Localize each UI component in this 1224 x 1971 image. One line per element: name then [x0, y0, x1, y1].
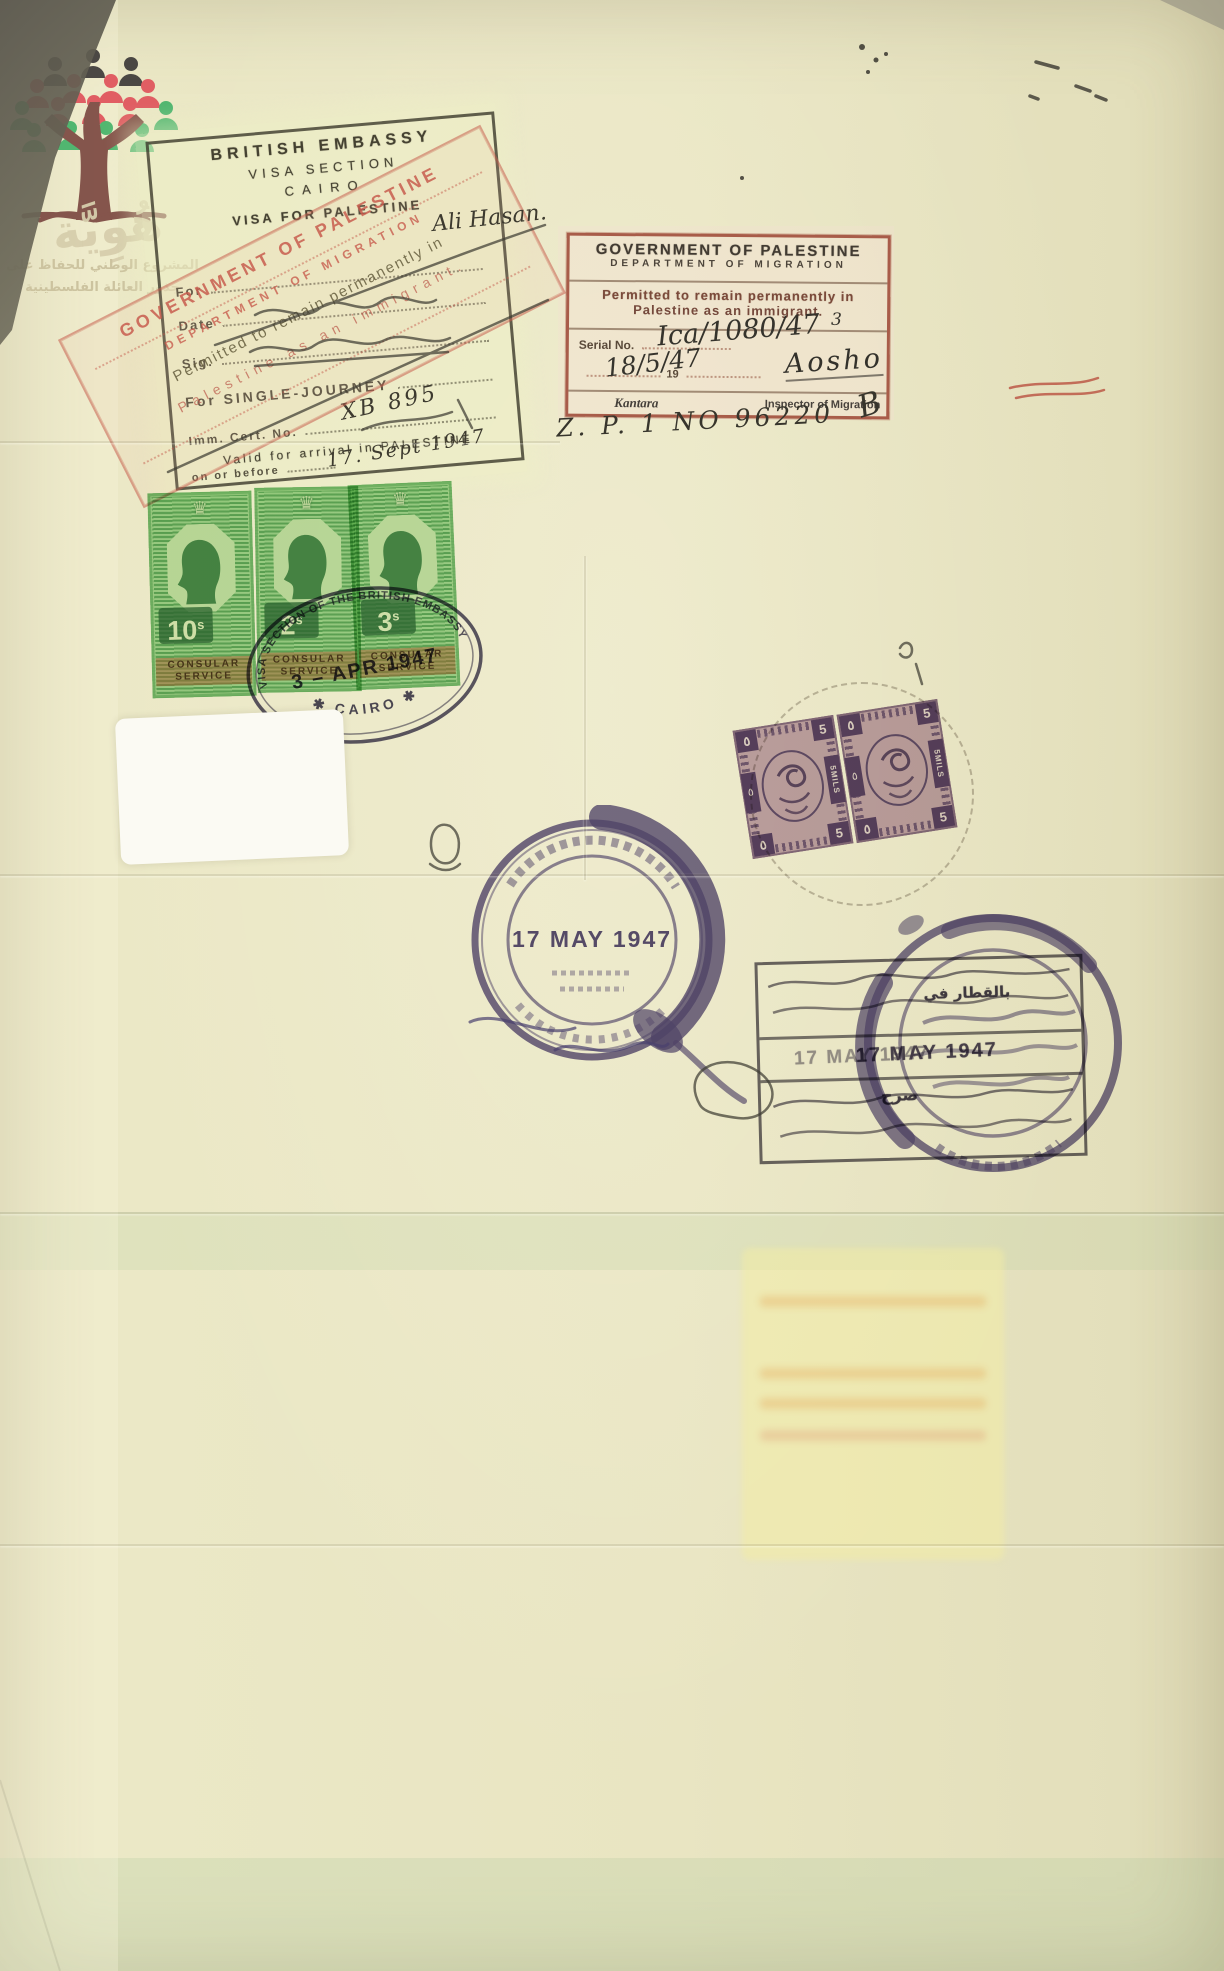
- dotted-line: [687, 375, 761, 379]
- corner-crease: [0, 1780, 60, 1971]
- crown-icon: ♛: [147, 497, 252, 521]
- egyptian-5mils-stamp: ٥ 5 ٥ 5 5MILS ٥: [836, 699, 957, 843]
- scanned-document-page: هُوِيَّة المشروع الوطني للحفاظ على جذور …: [0, 0, 1224, 1971]
- blank-label-sticker: [115, 709, 349, 865]
- stamp-value: 10s: [158, 607, 213, 644]
- serial-superscript-handwritten: 3: [831, 310, 842, 330]
- paper-tint-band: [0, 1858, 1224, 1971]
- ink-speck: [866, 70, 870, 74]
- serial-label: Serial No.: [579, 338, 634, 352]
- ink-dash: [1036, 62, 1058, 68]
- ink-speck: [859, 44, 865, 50]
- red-scribble: [1016, 390, 1104, 398]
- large-round-purple-stamp: [853, 903, 1143, 1198]
- ink-speck: [874, 58, 879, 63]
- logo-calligraphy: هُوِيَّة: [49, 194, 165, 261]
- postmark-date: 17 MAY 1947: [512, 926, 672, 952]
- ink-mark: [900, 643, 922, 684]
- reference-text: Z. P. 1 NO 96220: [556, 399, 835, 443]
- ink-dash: [1096, 96, 1106, 100]
- ink-speck: [884, 52, 888, 56]
- mig-header: GOVERNMENT OF PALESTINE DEPARTMENT OF MI…: [569, 236, 887, 285]
- ink-speck: [740, 176, 744, 180]
- king-george-portrait: [166, 523, 236, 613]
- tughra-medallion: [836, 699, 957, 843]
- value-unit: s: [197, 617, 205, 632]
- inspector-signature-handwritten: Aosho: [784, 343, 884, 382]
- bleed-text-bar: [760, 1398, 986, 1409]
- paper-tint-band: [0, 1212, 1224, 1270]
- round-postmark-17-may-1947: 17 MAY 1947: [452, 805, 752, 1110]
- crown-icon: ♛: [254, 492, 358, 515]
- mig-subtitle: DEPARTMENT OF MIGRATION: [569, 258, 887, 272]
- ink-dash: [1030, 96, 1038, 99]
- bleed-text-bar: [760, 1368, 986, 1379]
- reverse-side-bleedthrough: [742, 1248, 1004, 1560]
- mig-body-1: Permitted to remain permanently in: [569, 282, 887, 305]
- value-number: 10: [167, 615, 198, 646]
- bleed-text-bar: [760, 1296, 986, 1307]
- mig-serial-section: Serial No. 19 Ica/1080/47 3 18/5/47 Aosh…: [568, 330, 887, 395]
- ink-dash: [1076, 86, 1090, 91]
- mig-title: GOVERNMENT OF PALESTINE: [570, 236, 888, 261]
- scan-corner-topright: [1124, 0, 1224, 30]
- fold-crease: [0, 1544, 1224, 1546]
- fold-crease: [0, 1212, 1224, 1214]
- bleed-text-bar: [760, 1430, 986, 1441]
- government-of-palestine-stamp: GOVERNMENT OF PALESTINE DEPARTMENT OF MI…: [565, 233, 891, 420]
- oval-date-text: 3 – APR 1947: [290, 644, 440, 694]
- band-line-2: SERVICE: [156, 670, 252, 685]
- scan-corner-topleft: [0, 0, 130, 345]
- paper-margin: [0, 0, 118, 1971]
- red-scribble: [1010, 378, 1098, 388]
